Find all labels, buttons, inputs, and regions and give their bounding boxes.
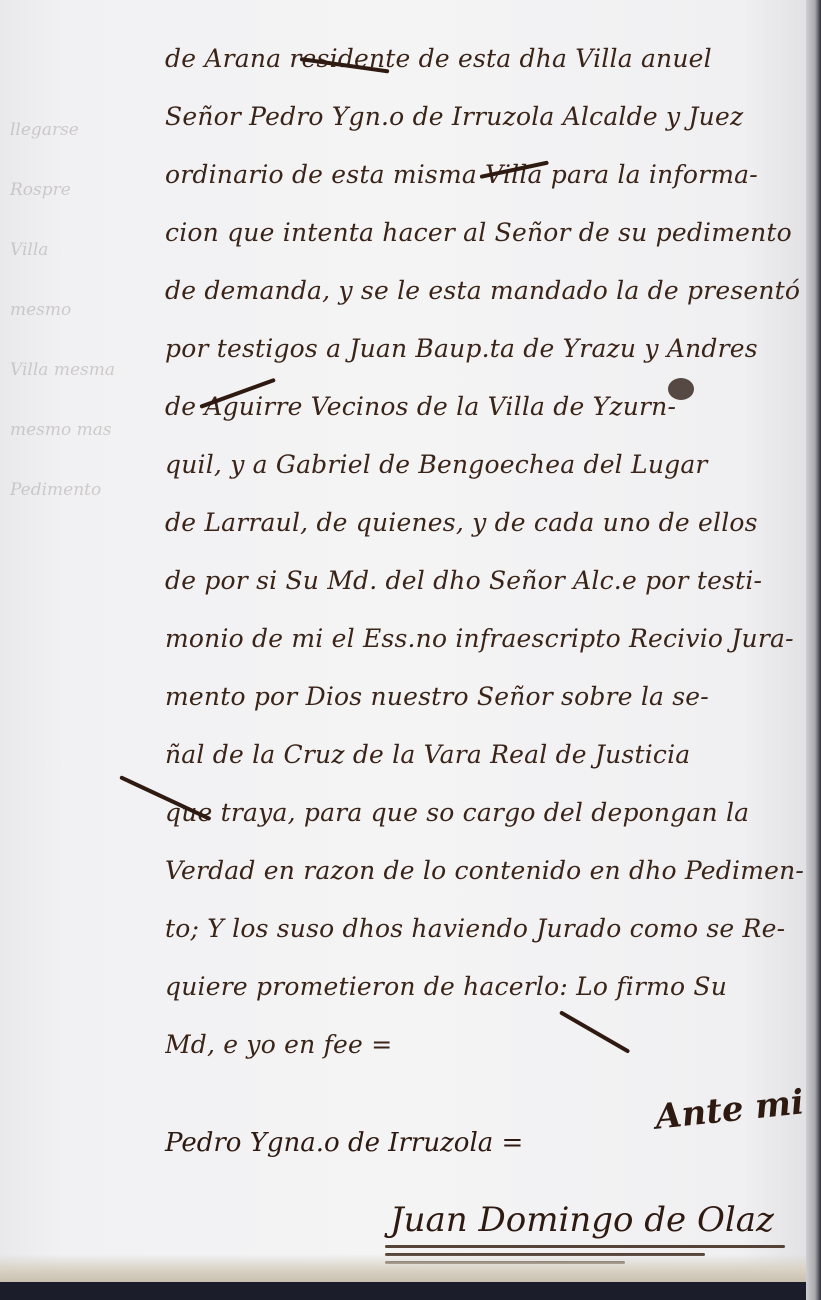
bleed-text: Villa mesma bbox=[10, 340, 150, 400]
text-line: que traya, para que so cargo del deponga… bbox=[165, 784, 805, 842]
bleed-text: Villa bbox=[10, 220, 150, 280]
text-line: Señor Pedro Ygn.o de Irruzola Alcalde y … bbox=[165, 88, 805, 146]
signature-flourish bbox=[385, 1240, 785, 1270]
manuscript-body: de Arana residente de esta dha Villa anu… bbox=[165, 30, 805, 1074]
text-line: de Arana residente de esta dha Villa anu… bbox=[165, 30, 805, 88]
text-line: ñal de la Cruz de la Vara Real de Justic… bbox=[165, 726, 805, 784]
bleed-text: Pedimento bbox=[10, 460, 150, 520]
text-line: Verdad en razon de lo contenido en dho P… bbox=[165, 842, 805, 900]
signature-juan-domingo: Juan Domingo de Olaz bbox=[390, 1200, 774, 1240]
margin-bleed-through: llegarse Rospre Villa mesmo Villa mesma … bbox=[10, 100, 150, 520]
signature-pedro: Pedro Ygna.o de Irruzola = bbox=[165, 1128, 523, 1158]
text-line: cion que intenta hacer al Señor de su pe… bbox=[165, 204, 805, 262]
text-line: Md, e yo en fee = bbox=[165, 1016, 805, 1074]
text-line: de demanda, y se le esta mandado la de p… bbox=[165, 262, 805, 320]
bleed-text: mesmo mas bbox=[10, 400, 150, 460]
text-line: de Larraul, de quienes, y de cada uno de… bbox=[165, 494, 805, 552]
text-line: to; Y los suso dhos haviendo Jurado como… bbox=[165, 900, 805, 958]
page-edge bbox=[806, 0, 821, 1300]
text-line: quil, y a Gabriel de Bengoechea del Luga… bbox=[165, 436, 805, 494]
bleed-text: Rospre bbox=[10, 160, 150, 220]
text-line: quiere prometieron de hacerlo: Lo firmo … bbox=[165, 958, 805, 1016]
manuscript-page: llegarse Rospre Villa mesmo Villa mesma … bbox=[0, 0, 806, 1282]
ink-blot bbox=[668, 378, 694, 400]
text-line: mento por Dios nuestro Señor sobre la se… bbox=[165, 668, 805, 726]
bleed-text: mesmo bbox=[10, 280, 150, 340]
bleed-text: llegarse bbox=[10, 100, 150, 160]
text-line: de por si Su Md. del dho Señor Alc.e por… bbox=[165, 552, 805, 610]
signature-ante-mi: Ante mi bbox=[653, 1082, 806, 1137]
text-line: monio de mi el Ess.no infraescripto Reci… bbox=[165, 610, 805, 668]
text-line: por testigos a Juan Baup.ta de Yrazu y A… bbox=[165, 320, 805, 378]
